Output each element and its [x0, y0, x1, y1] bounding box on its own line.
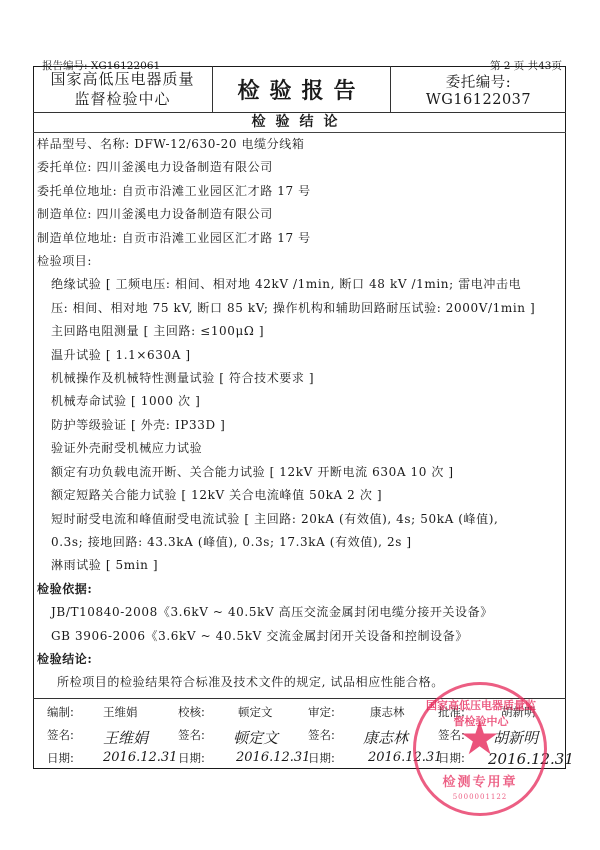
test-item: 0.3s; 接地回路: 43.3kA (峰值), 0.3s; 17.3kA (有…	[37, 531, 561, 554]
test-item: 额定短路关合能力试验 [ 12kV 关合电流峰值 50kA 2 次 ]	[37, 484, 561, 507]
basis-heading: 检验依据:	[37, 578, 561, 601]
sample-model-name: 样品型号、名称: DFW-12/630-20 电缆分线箱	[37, 133, 561, 156]
org-line-2: 监督检验中心	[74, 89, 170, 109]
report-header: 国家高低压电器质量 监督检验中心 检验报告 委托编号: WG16122037	[33, 66, 566, 113]
basis-standard: GB 3906-2006《3.6kV ~ 40.5kV 交流金属封闭开关设备和控…	[37, 625, 561, 648]
checked-label: 校核:	[178, 704, 205, 720]
seal-serial: 5000001122	[416, 793, 544, 801]
basis-standard: JB/T10840-2008《3.6kV ~ 40.5kV 高压交流金属封闭电缆…	[37, 601, 561, 624]
compiled-date: 2016.12.31	[103, 750, 177, 765]
reviewed-label: 审定:	[308, 704, 335, 720]
compiled-date-label: 日期:	[47, 750, 74, 766]
compiled-label: 编制:	[47, 704, 74, 720]
org-line-1: 国家高低压电器质量	[50, 69, 194, 89]
conclusion-heading: 检验结论:	[37, 648, 561, 671]
reviewed-name: 康志林	[370, 704, 405, 720]
checked-name: 顿定文	[238, 704, 273, 720]
test-item: 压: 相间、相对地 75 kV, 断口 85 kV; 操作机构和辅助回路耐压试验…	[37, 297, 561, 320]
checked-sign-label: 签名:	[178, 727, 205, 743]
compiled-name: 王维娟	[103, 704, 138, 720]
manufacturer-address: 制造单位地址: 自贡市沿滩工业园区汇才路 17 号	[37, 227, 561, 250]
test-item: 温升试验 [ 1.1×630A ]	[37, 344, 561, 367]
test-item: 主回路电阻测量 [ 主回路: ≤100μΩ ]	[37, 320, 561, 343]
test-item: 验证外壳耐受机械应力试验	[37, 437, 561, 460]
compiled-sign-label: 签名:	[47, 727, 74, 743]
reviewed-date-label: 日期:	[308, 750, 335, 766]
star-icon: ★	[459, 715, 500, 761]
official-seal: 国家高低压电器质量监督检验中心 ★ 检测专用章 5000001122	[413, 682, 547, 816]
section-title: 检验结论	[33, 113, 566, 133]
test-items-heading: 检验项目:	[37, 250, 561, 273]
seal-bottom-text: 检测专用章	[416, 771, 544, 790]
test-item: 绝缘试验 [ 工频电压: 相间、相对地 42kV /1min, 断口 48 kV…	[37, 273, 561, 296]
report-body: 样品型号、名称: DFW-12/630-20 电缆分线箱 委托单位: 四川釜溪电…	[37, 133, 561, 695]
entrust-number: 委托编号: WG16122037	[391, 66, 566, 112]
organization-name: 国家高低压电器质量 监督检验中心	[33, 66, 213, 112]
test-item: 淋雨试验 [ 5min ]	[37, 554, 561, 577]
client-address: 委托单位地址: 自贡市沿滩工业园区汇才路 17 号	[37, 180, 561, 203]
document-title: 检验报告	[213, 66, 391, 112]
checked-date-label: 日期:	[178, 750, 205, 766]
test-item: 防护等级验证 [ 外壳: IP33D ]	[37, 414, 561, 437]
reviewed-sign-label: 签名:	[308, 727, 335, 743]
client: 委托单位: 四川釜溪电力设备制造有限公司	[37, 156, 561, 179]
test-item: 短时耐受电流和峰值耐受电流试验 [ 主回路: 20kA (有效值), 4s; 5…	[37, 508, 561, 531]
manufacturer: 制造单位: 四川釜溪电力设备制造有限公司	[37, 203, 561, 226]
test-item: 机械操作及机械特性测量试验 [ 符合技术要求 ]	[37, 367, 561, 390]
test-item: 额定有功负载电流开断、关合能力试验 [ 12kV 开断电流 630A 10 次 …	[37, 461, 561, 484]
test-item: 机械寿命试验 [ 1000 次 ]	[37, 390, 561, 413]
checked-date: 2016.12.31	[236, 750, 310, 765]
